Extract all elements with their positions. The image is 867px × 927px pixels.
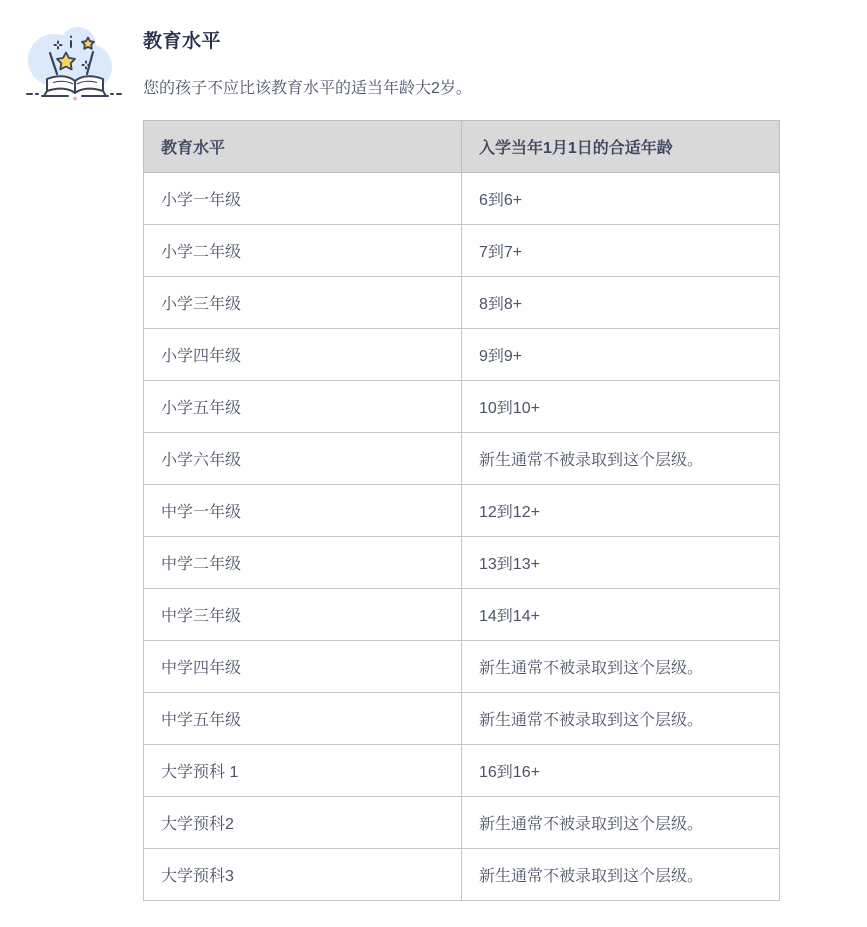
level-cell: 中学一年级	[144, 485, 462, 537]
age-cell: 14到14+	[462, 589, 780, 641]
age-cell: 9到9+	[462, 329, 780, 381]
table-row: 小学三年级 8到8+	[144, 277, 780, 329]
level-cell: 中学二年级	[144, 537, 462, 589]
age-cell: 新生通常不被录取到这个层级。	[462, 797, 780, 849]
level-cell: 小学三年级	[144, 277, 462, 329]
level-cell: 小学四年级	[144, 329, 462, 381]
age-cell: 10到10+	[462, 381, 780, 433]
level-cell: 中学四年级	[144, 641, 462, 693]
table-row: 小学四年级 9到9+	[144, 329, 780, 381]
open-book-stars-illustration-svg	[26, 14, 122, 102]
level-cell: 小学五年级	[144, 381, 462, 433]
age-cell: 新生通常不被录取到这个层级。	[462, 433, 780, 485]
table-row: 小学六年级 新生通常不被录取到这个层级。	[144, 433, 780, 485]
age-cell: 7到7+	[462, 225, 780, 277]
level-cell: 大学预科2	[144, 797, 462, 849]
age-cell: 12到12+	[462, 485, 780, 537]
level-cell: 大学预科3	[144, 849, 462, 901]
level-cell: 小学一年级	[144, 173, 462, 225]
open-book-stars-icon	[26, 14, 122, 102]
table-row: 小学二年级 7到7+	[144, 225, 780, 277]
education-level-section: 教育水平 您的孩子不应比该教育水平的适当年龄大2岁。 教育水平 入学当年1月1日…	[0, 0, 867, 901]
table-row: 中学三年级 14到14+	[144, 589, 780, 641]
age-cell: 新生通常不被录取到这个层级。	[462, 641, 780, 693]
level-cell: 小学二年级	[144, 225, 462, 277]
table-row: 中学二年级 13到13+	[144, 537, 780, 589]
table-row: 大学预科2 新生通常不被录取到这个层级。	[144, 797, 780, 849]
page-title: 教育水平	[143, 30, 780, 54]
table-header-row: 教育水平 入学当年1月1日的合适年龄	[144, 121, 780, 173]
level-cell: 小学六年级	[144, 433, 462, 485]
table-row: 小学五年级 10到10+	[144, 381, 780, 433]
table-row: 大学预科 1 16到16+	[144, 745, 780, 797]
page-subtitle: 您的孩子不应比该教育水平的适当年龄大2岁。	[143, 79, 780, 98]
age-cell: 6到6+	[462, 173, 780, 225]
table-row: 中学一年级 12到12+	[144, 485, 780, 537]
table-row: 大学预科3 新生通常不被录取到这个层级。	[144, 849, 780, 901]
table-row: 中学四年级 新生通常不被录取到这个层级。	[144, 641, 780, 693]
level-cell: 中学三年级	[144, 589, 462, 641]
age-cell: 13到13+	[462, 537, 780, 589]
age-cell: 新生通常不被录取到这个层级。	[462, 849, 780, 901]
age-cell: 8到8+	[462, 277, 780, 329]
column-header-age: 入学当年1月1日的合适年龄	[462, 121, 780, 173]
table-row: 中学五年级 新生通常不被录取到这个层级。	[144, 693, 780, 745]
education-level-table: 教育水平 入学当年1月1日的合适年龄 小学一年级 6到6+ 小学二年级 7到7+…	[143, 120, 780, 901]
level-cell: 中学五年级	[144, 693, 462, 745]
table-row: 小学一年级 6到6+	[144, 173, 780, 225]
age-cell: 新生通常不被录取到这个层级。	[462, 693, 780, 745]
level-cell: 大学预科 1	[144, 745, 462, 797]
age-cell: 16到16+	[462, 745, 780, 797]
column-header-level: 教育水平	[144, 121, 462, 173]
